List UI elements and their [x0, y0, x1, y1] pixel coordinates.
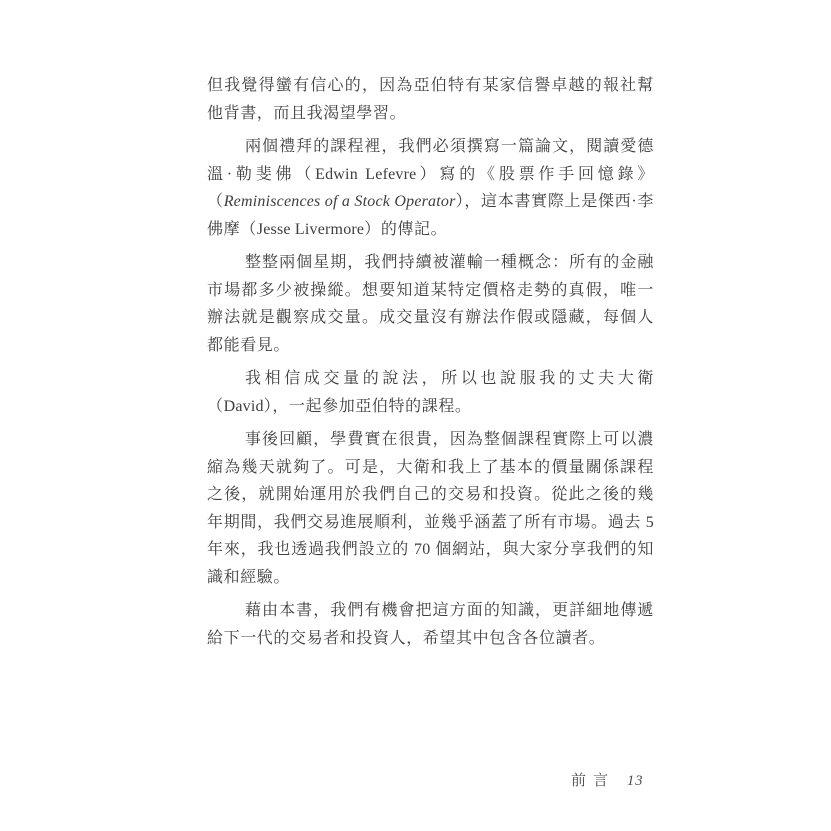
book-page: 但我覺得蠻有信心的，因為亞伯特有某家信譽卓越的報社幫他背書，而且我渴望學習。兩個…: [0, 0, 831, 831]
paragraph: 我相信成交量的說法，所以也說服我的丈夫大衛（David），一起參加亞伯特的課程。: [207, 365, 654, 420]
text-run: 但我覺得蠻有信心的，因為亞伯特有某家信譽卓越的報社幫他背書，而且我渴望學習。: [207, 77, 654, 122]
text-run: 事後回顧，學費實在很貴，因為整個課程實際上可以濃縮為幾天就夠了。可是，大衛和我上…: [207, 431, 654, 531]
paragraph: 事後回顧，學費實在很貴，因為整個課程實際上可以濃縮為幾天就夠了。可是，大衛和我上…: [207, 426, 654, 591]
text-run: Jesse Livermore: [257, 221, 364, 238]
body-text: 但我覺得蠻有信心的，因為亞伯特有某家信譽卓越的報社幫他背書，而且我渴望學習。兩個…: [207, 72, 654, 658]
paragraph: 但我覺得蠻有信心的，因為亞伯特有某家信譽卓越的報社幫他背書，而且我渴望學習。: [207, 72, 654, 127]
text-run: ）的傳記。: [364, 221, 447, 238]
text-run: ），一起參加亞伯特的課程。: [264, 398, 472, 415]
page-footer: 前言 13: [571, 769, 644, 790]
page-number: 13: [627, 773, 644, 790]
text-run: 藉由本書，我們有機會把這方面的知識，更詳細地傳遞給下一代的交易者和投資人，希望其…: [207, 602, 654, 647]
text-run: David: [224, 398, 264, 415]
text-run: 整整兩個星期，我們持續被灌輸一種概念：所有的金融市場都多少被操縱。想要知道某特定…: [207, 254, 654, 354]
chapter-title: 前言: [571, 769, 615, 790]
latin-book-title: Reminiscences of a Stock Operator: [224, 193, 456, 210]
text-run: 年來，我也透過我們設立的: [207, 541, 414, 558]
paragraph: 整整兩個星期，我們持續被灌輸一種概念：所有的金融市場都多少被操縱。想要知道某特定…: [207, 249, 654, 359]
paragraph: 藉由本書，我們有機會把這方面的知識，更詳細地傳遞給下一代的交易者和投資人，希望其…: [207, 597, 654, 652]
text-run: 70: [414, 541, 430, 558]
paragraph: 兩個禮拜的課程裡，我們必須撰寫一篇論文，閱讀愛德溫·勒斐佛（Edwin Lefe…: [207, 133, 654, 243]
text-run: Edwin Lefevre: [315, 166, 416, 183]
text-run: 5: [646, 514, 654, 531]
